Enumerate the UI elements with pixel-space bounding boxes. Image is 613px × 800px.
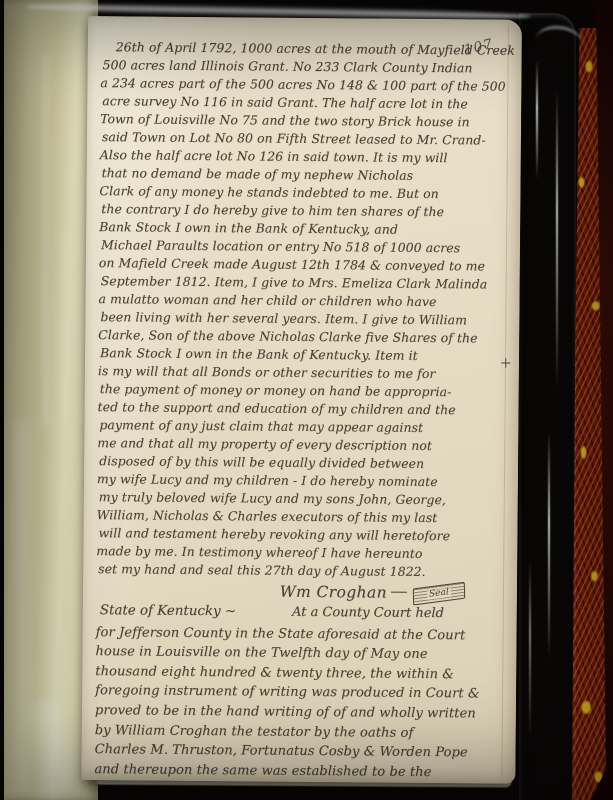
manuscript-page: 107 + 26th of April 1792, 1000 acres at … [81,16,522,784]
court-attestation: State of Kentucky ~ At a County Court he… [94,603,499,783]
handwritten-text-area: 26th of April 1792, 1000 acres at the mo… [94,38,503,783]
attestation-state-heading: State of Kentucky ~ [96,603,236,619]
page-edge-highlight [536,60,538,180]
book-photograph: 107 + 26th of April 1792, 1000 acres at … [0,0,613,800]
signature-name: Wm Croghan [280,583,387,602]
attestation-heading-continuation: At a County Court held [292,605,444,621]
seal-mark: Seal [413,581,465,605]
text-line: and thereupon the same was established t… [94,760,497,783]
seal-label: Seal [427,587,451,599]
signature-row: Wm Croghan Seal [96,578,499,606]
page-edge-highlight [529,560,531,740]
page-edge-highlight [548,430,550,660]
will-text-body: 26th of April 1792, 1000 acres at the mo… [96,38,504,581]
text-line: set my hand and seal this 27th day of Au… [96,560,499,582]
page-edges-stack [519,13,576,800]
page-edge-highlight [556,90,558,390]
attestation-text: for Jefferson County in the State afores… [94,623,498,783]
margin-cross-mark: + [499,354,512,372]
signature-flourish [391,591,407,592]
